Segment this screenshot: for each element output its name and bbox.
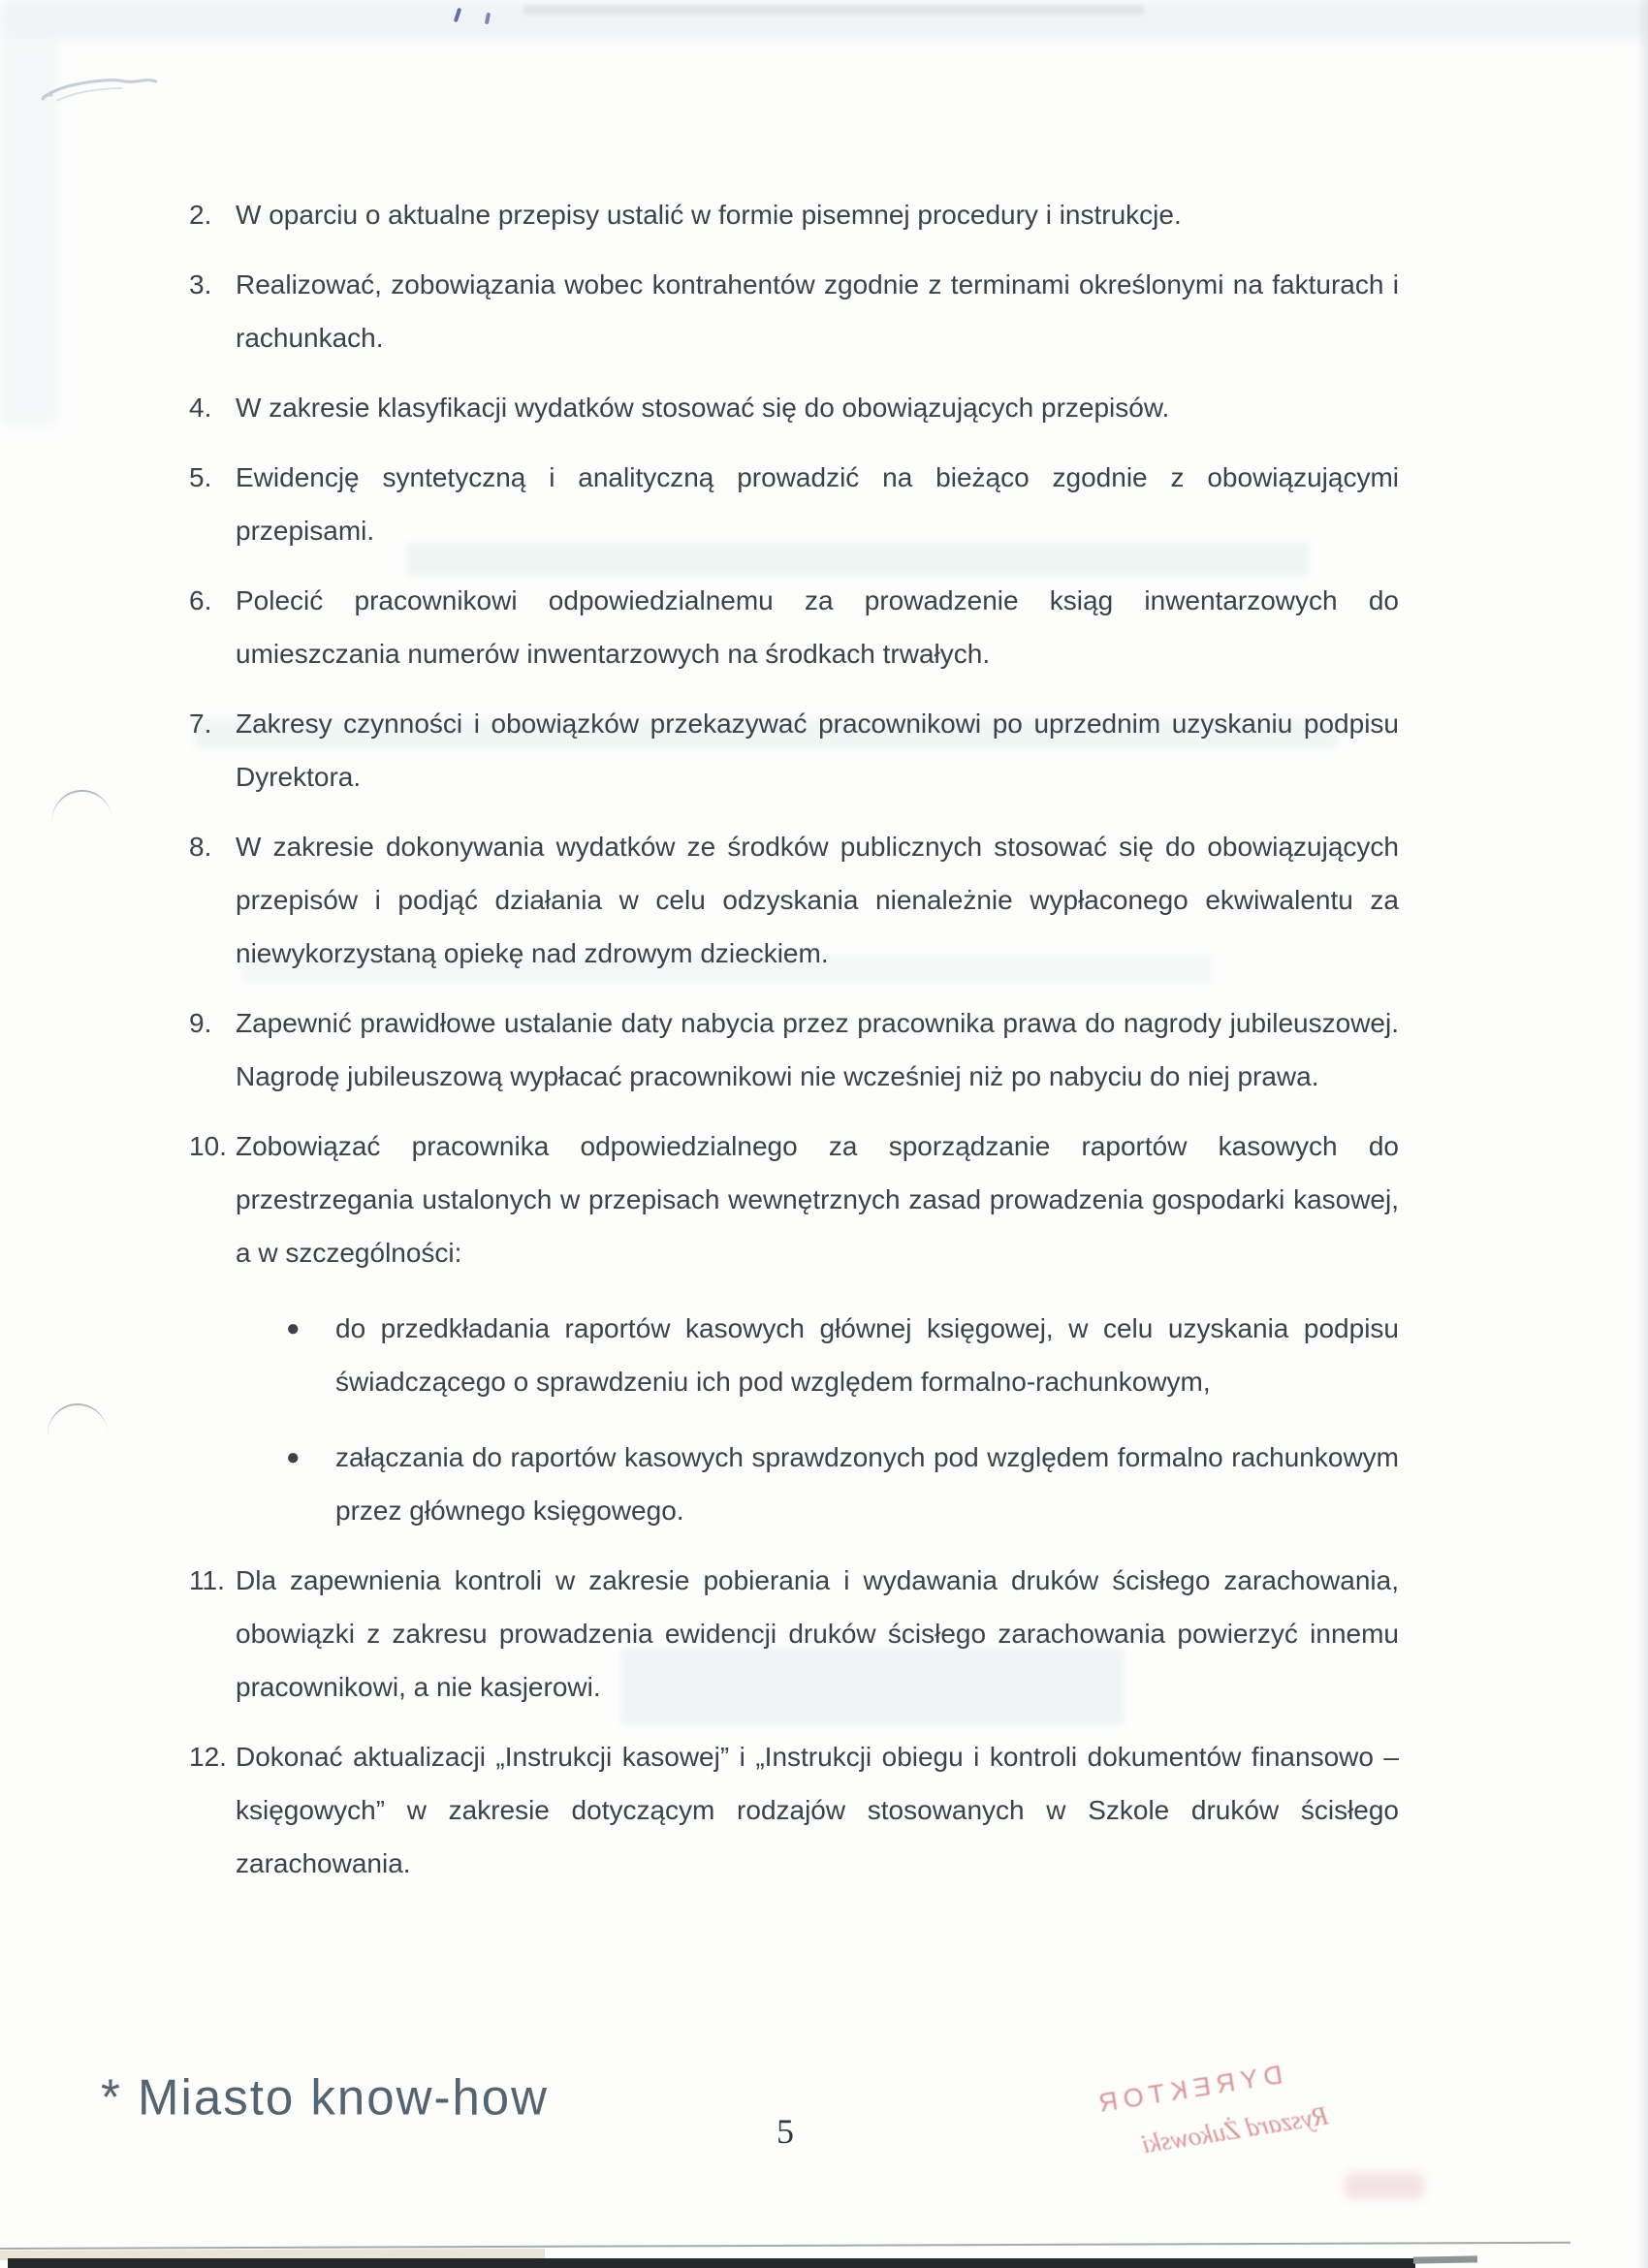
- item-body: W zakresie klasyfikacji wydatków stosowa…: [236, 381, 1399, 434]
- list-item-7: 7.Zakresy czynności i obowiązków przekaz…: [189, 697, 1399, 803]
- bullet-text: do przedkładania raportów kasowych główn…: [335, 1302, 1399, 1408]
- list-item-8: 8.W zakresie dokonywania wydatków ze śro…: [189, 820, 1399, 980]
- item-body: Realizować, zobowiązania wobec kontrahen…: [236, 258, 1399, 364]
- bullet-item: ●do przedkładania raportów kasowych głów…: [286, 1302, 1399, 1408]
- director-stamp-bleedthrough: DYREKTOR Ryszard Żukowski: [1031, 2054, 1331, 2176]
- item-number: 12.: [189, 1730, 236, 1890]
- bullet-dot-icon: ●: [286, 1302, 335, 1408]
- margin-arc-mark: [46, 1402, 108, 1436]
- item-number: 5.: [189, 451, 236, 557]
- miasto-know-how-logo: * Miasto know-how: [101, 2067, 549, 2126]
- item-text: Zapewnić prawidłowe ustalanie daty nabyc…: [236, 996, 1399, 1103]
- list-item-2: 2.W oparciu o aktualne przepisy ustalić …: [189, 188, 1399, 241]
- list-item-3: 3.Realizować, zobowiązania wobec kontrah…: [189, 258, 1399, 364]
- item-number: 10.: [189, 1119, 236, 1537]
- bullet-text: załączania do raportów kasowych sprawdzo…: [335, 1431, 1399, 1537]
- pencil-scribble-mark: [37, 56, 182, 124]
- scan-edge-shadow: [1636, 0, 1648, 2268]
- bullet-item: ●załączania do raportów kasowych sprawdz…: [286, 1431, 1399, 1537]
- paper-edge-line: [0, 2242, 1570, 2250]
- scanner-bed-band: [8, 2258, 1415, 2268]
- list-item-9: 9.Zapewnić prawidłowe ustalanie daty nab…: [189, 996, 1399, 1103]
- pen-tick-mark: [454, 8, 461, 23]
- item-text: Ewidencję syntetyczną i analityczną prow…: [236, 451, 1399, 557]
- item-text: Zakresy czynności i obowiązków przekazyw…: [236, 697, 1399, 803]
- scan-streak: [523, 6, 1144, 15]
- item-number: 11.: [189, 1554, 236, 1714]
- item-text: W zakresie klasyfikacji wydatków stosowa…: [236, 381, 1399, 434]
- stamp-smudge: [1346, 2173, 1423, 2198]
- item-body: Polecić pracownikowi odpowiedzialnemu za…: [236, 574, 1399, 680]
- item-body: Dokonać aktualizacji „Instrukcji kasowej…: [236, 1730, 1399, 1890]
- numbered-list: 2.W oparciu o aktualne przepisy ustalić …: [189, 188, 1399, 1906]
- item-body: W zakresie dokonywania wydatków ze środk…: [236, 820, 1399, 980]
- item-body: Ewidencję syntetyczną i analityczną prow…: [236, 451, 1399, 557]
- item-body: W oparciu o aktualne przepisy ustalić w …: [236, 188, 1399, 241]
- margin-arc-mark: [48, 787, 111, 824]
- item-body: Dla zapewnienia kontroli w zakresie pobi…: [236, 1554, 1399, 1714]
- item-text: W oparciu o aktualne przepisy ustalić w …: [236, 188, 1399, 241]
- item-text: Zobowiązać pracownika odpowiedzialnego z…: [236, 1119, 1399, 1279]
- item-number: 2.: [189, 188, 236, 241]
- page-number: 5: [776, 2111, 794, 2152]
- item-number: 3.: [189, 258, 236, 364]
- item-text: W zakresie dokonywania wydatków ze środk…: [236, 820, 1399, 980]
- item-number: 7.: [189, 697, 236, 803]
- bullet-dot-icon: ●: [286, 1431, 335, 1537]
- item-number: 9.: [189, 996, 236, 1103]
- list-item-11: 11.Dla zapewnienia kontroli w zakresie p…: [189, 1554, 1399, 1714]
- item-number: 4.: [189, 381, 236, 434]
- sub-bullet-list: ●do przedkładania raportów kasowych głów…: [286, 1302, 1399, 1537]
- item-body: Zobowiązać pracownika odpowiedzialnego z…: [236, 1119, 1399, 1537]
- pen-tick-mark: [485, 13, 491, 25]
- list-item-6: 6.Polecić pracownikowi odpowiedzialnemu …: [189, 574, 1399, 680]
- item-number: 6.: [189, 574, 236, 680]
- scanner-bed-band-tail: [1413, 2255, 1477, 2263]
- list-item-5: 5.Ewidencję syntetyczną i analityczną pr…: [189, 451, 1399, 557]
- item-text: Dokonać aktualizacji „Instrukcji kasowej…: [236, 1730, 1399, 1890]
- list-item-10: 10.Zobowiązać pracownika odpowiedzialneg…: [189, 1119, 1399, 1537]
- item-number: 8.: [189, 820, 236, 980]
- item-text: Dla zapewnienia kontroli w zakresie pobi…: [236, 1554, 1399, 1714]
- item-text: Realizować, zobowiązania wobec kontrahen…: [236, 258, 1399, 364]
- item-body: Zakresy czynności i obowiązków przekazyw…: [236, 697, 1399, 803]
- list-item-12: 12.Dokonać aktualizacji „Instrukcji kaso…: [189, 1730, 1399, 1890]
- item-text: Polecić pracownikowi odpowiedzialnemu za…: [236, 574, 1399, 680]
- list-item-4: 4.W zakresie klasyfikacji wydatków stoso…: [189, 381, 1399, 434]
- scanned-document-page: 2.W oparciu o aktualne przepisy ustalić …: [0, 0, 1648, 2268]
- item-body: Zapewnić prawidłowe ustalanie daty nabyc…: [236, 996, 1399, 1103]
